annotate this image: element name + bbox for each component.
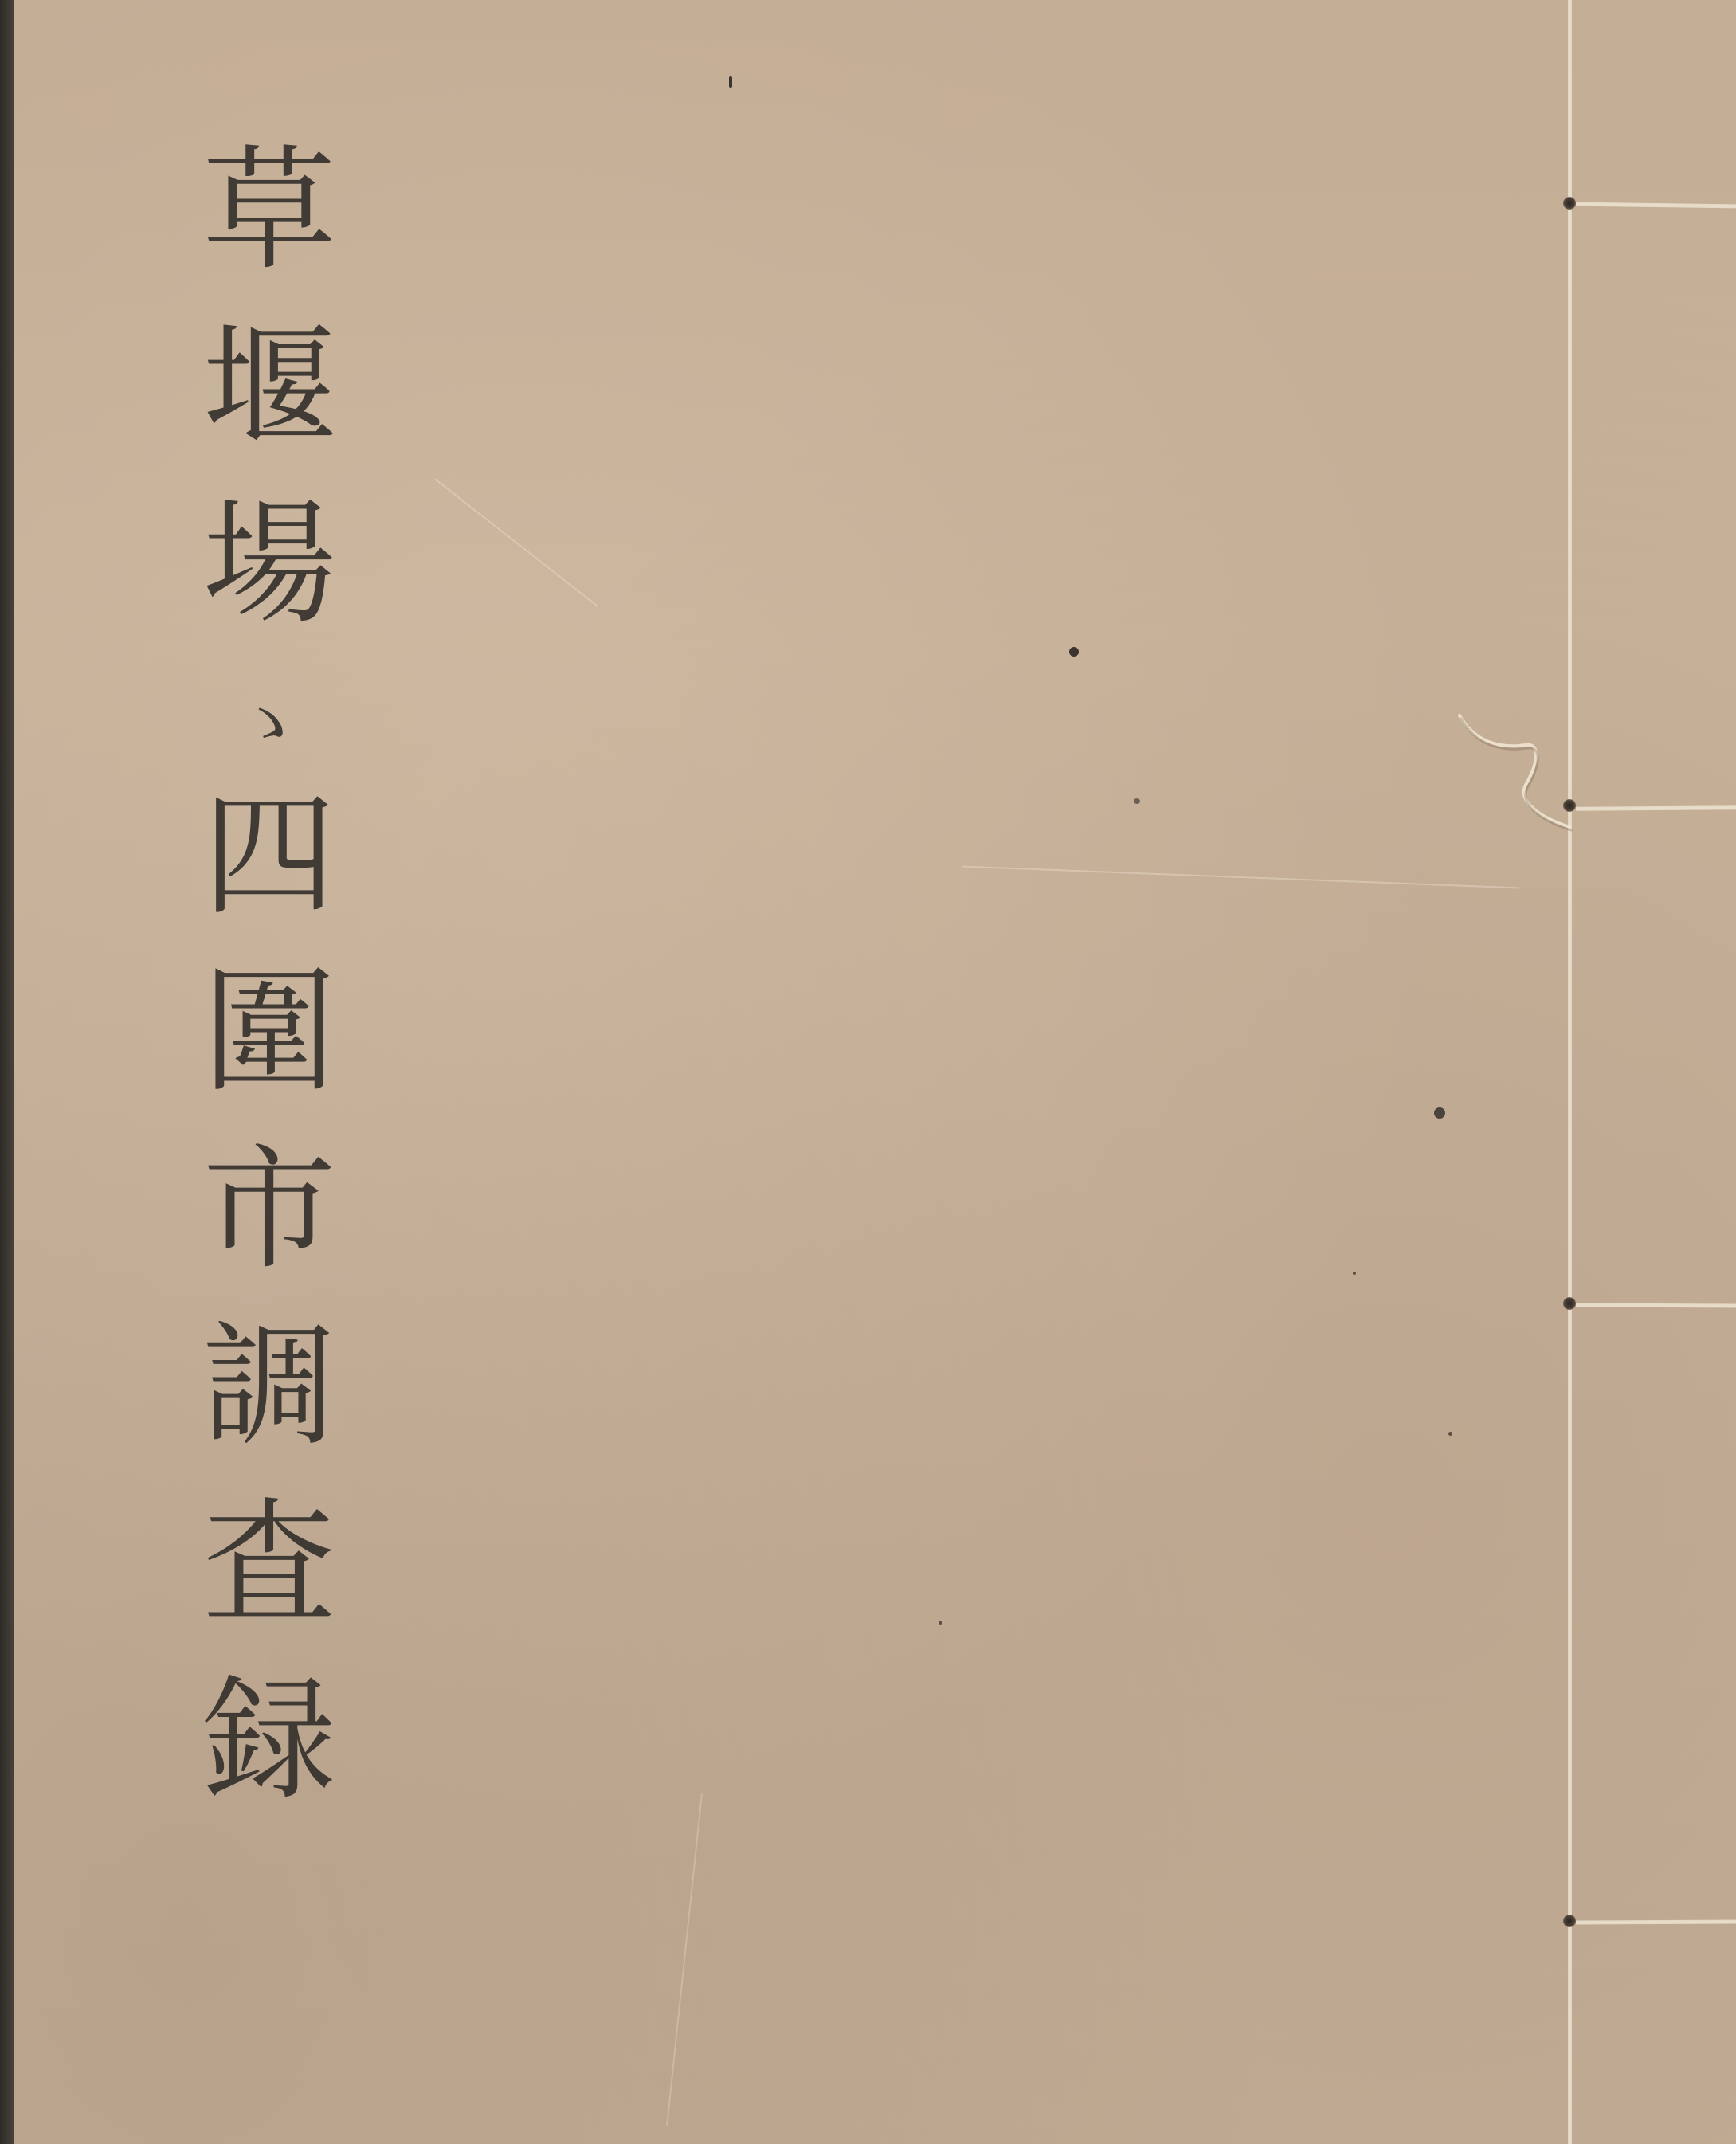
paper-crease: [434, 478, 598, 607]
title-char: 市: [202, 1143, 336, 1319]
stitch-hole-icon: [1563, 1297, 1576, 1310]
title-char: 堰: [202, 320, 336, 497]
title-char: ゝ: [231, 674, 308, 789]
loose-thread-icon: [1450, 709, 1577, 837]
binding-stitch-thread: [1576, 1303, 1736, 1307]
title-char: 場: [202, 497, 336, 674]
stitch-hole-icon: [1563, 197, 1576, 210]
paper-speck: [1434, 1107, 1445, 1119]
paper-crease: [666, 1793, 704, 2126]
title-char: 調: [202, 1319, 336, 1496]
paper-speck: [1134, 798, 1140, 804]
title-char: 草: [202, 143, 336, 320]
title-char: 四: [202, 789, 336, 966]
stitch-hole-icon: [1563, 1915, 1576, 1927]
title-char: 査: [202, 1496, 336, 1673]
title-char: 圍: [202, 966, 336, 1143]
binding-spine-thread: [1568, 0, 1572, 2144]
title-char: 録: [202, 1673, 336, 1850]
book-edge-shadow: [0, 0, 14, 2144]
paper-speck: [939, 1621, 942, 1625]
book-cover: 草 堰 場 ゝ 四 圍 市 調 査 録: [14, 0, 1736, 2144]
paper-speck: [1069, 647, 1079, 657]
paper-speck: [1353, 1272, 1356, 1275]
paper-speck: [729, 76, 732, 88]
paper-speck: [1448, 1432, 1452, 1436]
binding-stitch-thread: [1576, 1919, 1736, 1924]
paper-crease: [962, 866, 1520, 889]
cover-title: 草 堰 場 ゝ 四 圍 市 調 査 録: [174, 143, 365, 1850]
